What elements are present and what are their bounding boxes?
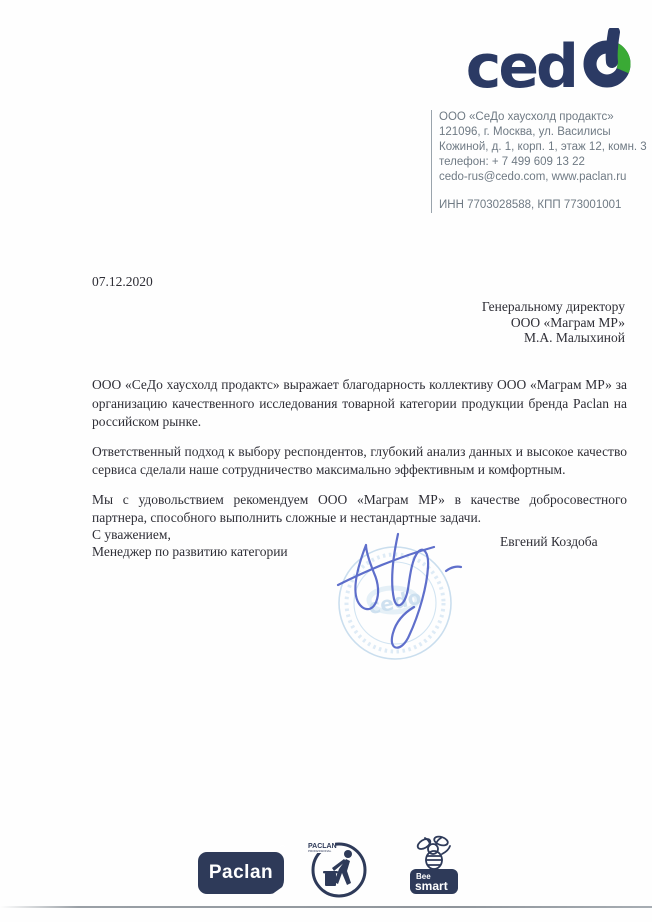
recipient-block: Генеральному директору ООО «Маграм МР» М… — [482, 299, 625, 346]
paclan-professional-logo: PACLAN PROFESSIONAL — [306, 838, 370, 905]
paclan-caret-icon: ˆ — [280, 843, 285, 860]
signature-icon — [320, 515, 480, 670]
bee-smart-line2: smart — [415, 879, 448, 893]
letter-date: 07.12.2020 — [92, 274, 153, 290]
signoff-line: С уважением, — [92, 526, 288, 543]
paclan-logo: Paclan ˆ — [198, 852, 284, 894]
contact-line: cedo-rus@cedo.com, www.paclan.ru — [439, 170, 652, 185]
contact-line: 121096, г. Москва, ул. Василисы — [439, 125, 652, 140]
recipient-line: М.А. Малыхиной — [482, 330, 625, 346]
contact-block: ООО «СеДо хаусхолд продактс» 121096, г. … — [431, 110, 652, 213]
bee-smart-logo: Bee smart — [406, 832, 462, 903]
bee-icon — [416, 835, 450, 869]
cedo-logo-text: ced — [466, 37, 576, 97]
signoff-block: С уважением, Менеджер по развитию катего… — [92, 526, 288, 560]
signoff-line: Менеджер по развитию категории — [92, 543, 288, 560]
paragraph-1: ООО «СеДо хаусхолд продактс» выражает бл… — [92, 376, 627, 432]
contact-line: ООО «СеДо хаусхолд продактс» — [439, 110, 652, 125]
contact-line: телефон: + 7 499 609 13 22 — [439, 155, 652, 170]
paclan-pro-sub: PROFESSIONAL — [308, 849, 332, 853]
footer-logos: Paclan ˆ PACLAN PROFESSIONAL — [0, 830, 652, 900]
contact-line: Кожиной, д. 1, корп. 1, этаж 12, комн. 3 — [439, 140, 652, 155]
signer-name: Евгений Коздоба — [500, 534, 598, 550]
scan-edge-line — [0, 906, 652, 908]
recipient-line: ООО «Маграм МР» — [482, 315, 625, 331]
paclan-logo-text: Paclan — [209, 862, 273, 884]
tidyman-icon — [323, 850, 352, 886]
inn-line: ИНН 7703028588, КПП 773001001 — [439, 198, 652, 213]
paragraph-2: Ответственный подход к выбору респондент… — [92, 443, 627, 480]
cedo-logo: ced — [466, 28, 636, 97]
cedo-logo-o-icon — [578, 28, 636, 95]
letter-page: ced ООО «СеДо хаусхолд продактс» 121096,… — [0, 0, 652, 922]
recipient-line: Генеральному директору — [482, 299, 625, 315]
